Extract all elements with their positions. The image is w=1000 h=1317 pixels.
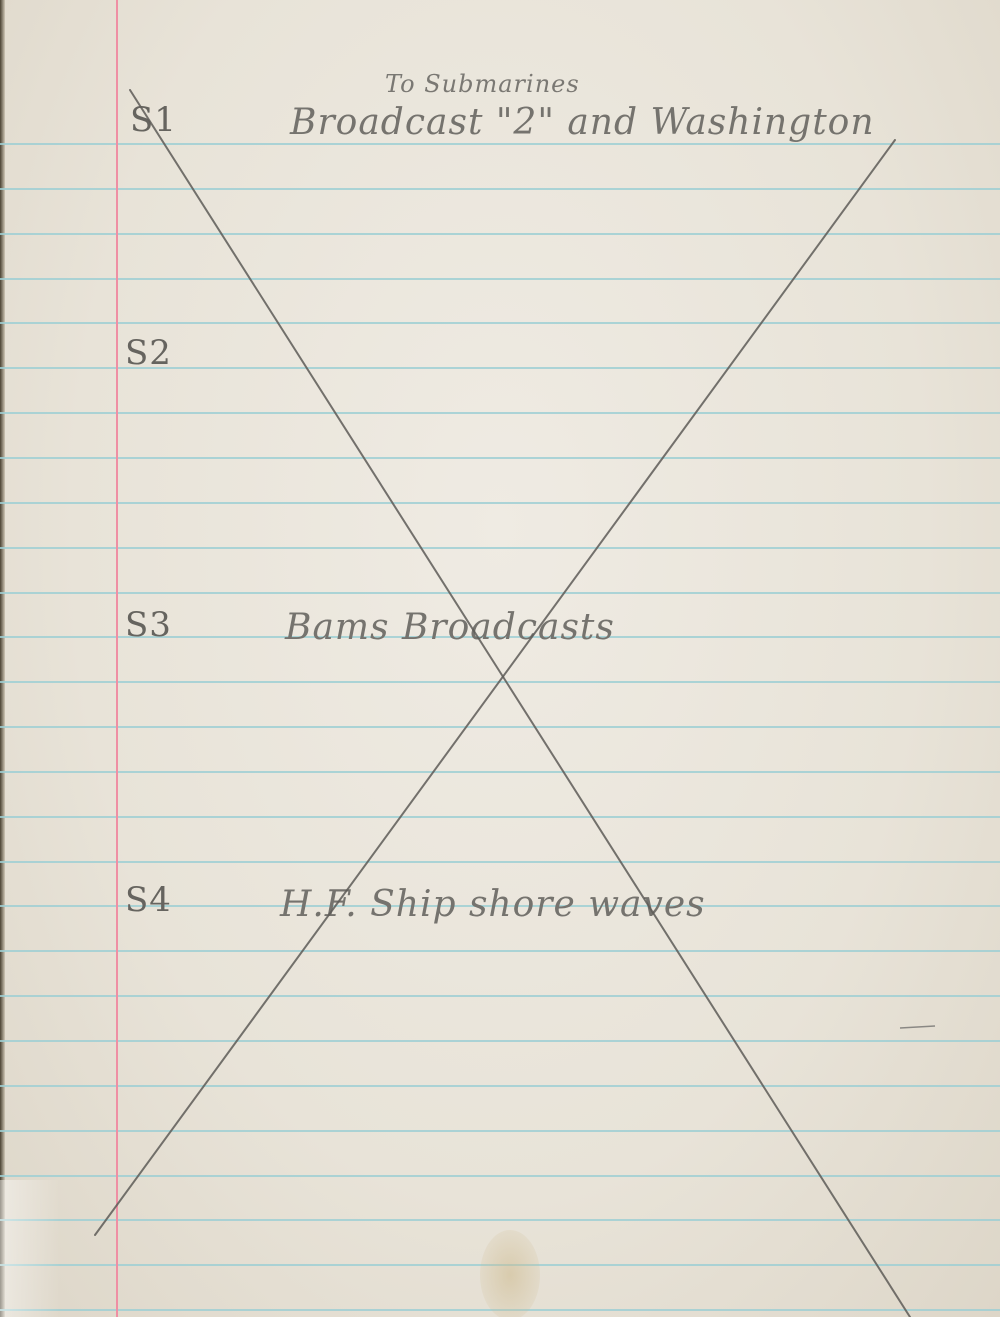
cross-out-x (0, 0, 1000, 1317)
cross-stroke-left-to-right (130, 90, 910, 1317)
cross-stroke-right-to-left (95, 140, 895, 1235)
margin-tick (900, 1026, 935, 1028)
notebook-page: To Submarines S1 Broadcast "2" and Washi… (0, 0, 1000, 1317)
